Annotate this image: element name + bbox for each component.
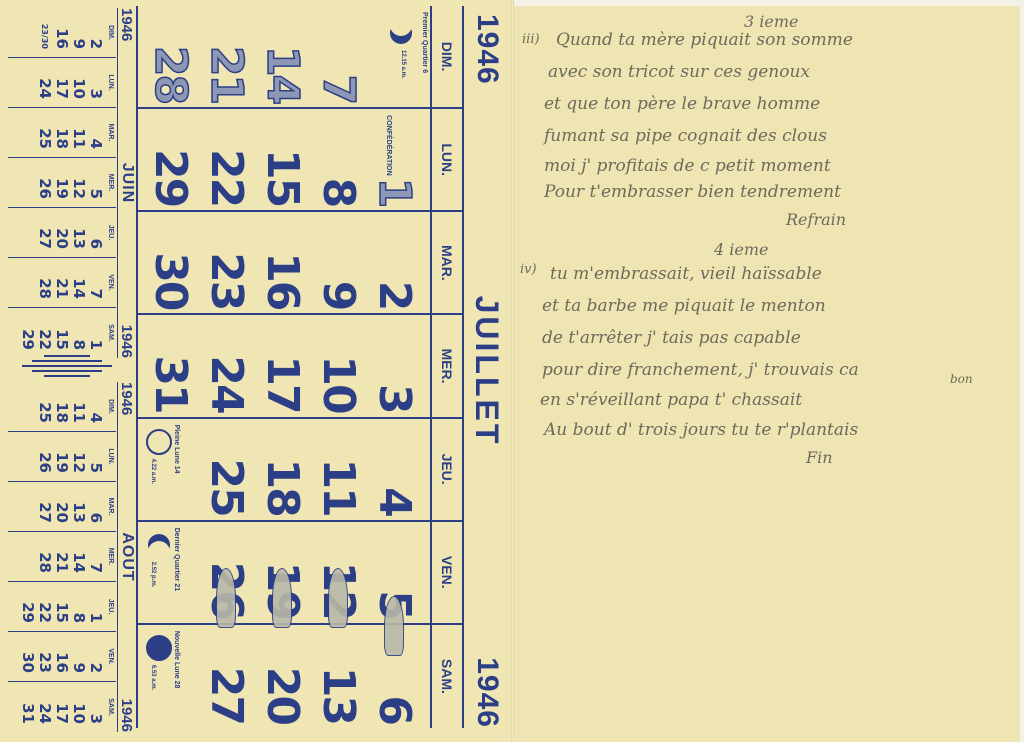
day-column-monday: CONFÉDÉRATION 1 8 15 22 29 <box>138 109 430 212</box>
mini-weekday-header: LUN. <box>104 432 116 481</box>
mini-day-column: LUN. 3 10 17 24 <box>8 58 116 108</box>
date-cell: 13 <box>310 667 366 724</box>
mini-calendar-grid: DIM. 4 11 18 25 LUN. 5 12 19 26 MAR. 6 1… <box>8 382 116 732</box>
date-cell: 10 <box>310 355 366 412</box>
verse-heading: 4 ieme <box>714 240 769 259</box>
date-cell: 18 <box>254 458 310 515</box>
month-grid: DIM. LUN. MAR. MER. JEU. VEN. SAM. Premi… <box>136 6 464 728</box>
mini-date: 22 <box>36 308 53 358</box>
date-cell: 30 <box>142 252 198 309</box>
moon-phase-label: Premier Quartier 6 <box>421 12 428 73</box>
mini-date: 1 <box>87 308 104 358</box>
mini-day-column: VEN. 7 14 21 28 <box>8 258 116 308</box>
month-title: JUILLET <box>469 296 506 447</box>
calendar-page: 1946 JUILLET 1946 DIM. LUN. MAR. MER. JE… <box>0 0 512 742</box>
verse-marker: iii) <box>522 32 540 47</box>
mini-day-column: JEU. 6 13 20 27 <box>8 208 116 258</box>
mini-day-column: SAM. 1 8 15 22 29 <box>8 308 116 358</box>
mini-date: 21 <box>53 258 70 307</box>
mini-date: 26 <box>36 158 53 207</box>
day-column-thursday: Pleine Lune 14 4.22 a.m. 4 11 18 25 <box>138 419 430 522</box>
mini-weekday-header: JEU. <box>104 582 116 631</box>
verse-marker: iv) <box>520 262 537 277</box>
date-cell: 20 <box>254 667 310 724</box>
date-cell: 4 <box>366 487 422 516</box>
date-cell: 21 <box>198 46 254 103</box>
date-stack: 2 9 16 23 30 <box>138 229 422 309</box>
year-label-right: 1946 <box>470 649 504 736</box>
mini-weekday-header: MER. <box>104 532 116 581</box>
mini-date: 3 <box>87 58 104 107</box>
date-cell: 9 <box>310 281 366 310</box>
mini-date: 5 <box>87 158 104 207</box>
mini-date: 1 <box>87 582 104 631</box>
mini-date-split: 23/30 <box>36 8 53 57</box>
lyric-line: pour dire franchement, j' trouvais ca <box>542 360 859 380</box>
lyric-line: Pour t'embrasser bien tendrement <box>544 182 841 202</box>
mini-day-column: MER. 5 12 19 26 <box>8 158 116 208</box>
mini-date: 28 <box>36 532 53 581</box>
mini-date: 18 <box>53 108 70 157</box>
mini-weekday-header: VEN. <box>104 258 116 307</box>
mini-day-column: MAR. 4 11 18 25 <box>8 108 116 158</box>
day-column-friday: Dernier Quartier 21 2.52 p.m. 5 12 19 26 <box>138 522 430 625</box>
mini-year-left: 1946 <box>119 8 136 41</box>
mini-month-name: AOUT <box>118 532 136 581</box>
mini-date: 21 <box>53 532 70 581</box>
lyric-line: en s'réveillant papa t' chassait <box>540 390 802 410</box>
mini-weekday-header: DIM. <box>104 8 116 57</box>
date-stack: 5 12 19 26 <box>138 539 422 619</box>
mini-date: 23 <box>36 632 53 681</box>
mini-date: 11 <box>70 382 87 431</box>
mini-month-name: JUIN <box>118 163 136 203</box>
mini-date: 10 <box>70 58 87 107</box>
mini-day-column: JEU. 1 8 15 22 29 <box>8 582 116 632</box>
date-stack: 6 13 20 27 <box>138 644 422 724</box>
mini-date: 27 <box>36 208 53 257</box>
mini-date: 13 <box>70 482 87 531</box>
weekday-header: SAM. <box>432 625 462 728</box>
mini-weekday-header: SAM. <box>104 682 116 732</box>
date-stack: 4 11 18 25 <box>138 436 422 516</box>
mini-day-column: DIM. 4 11 18 25 <box>8 382 116 432</box>
day-column-sunday: Premier Quartier 6 12.15 a.m. 7 14 21 28 <box>138 6 430 109</box>
date-cell: 22 <box>198 149 254 206</box>
date-stack: 3 10 17 24 31 <box>138 333 422 413</box>
mini-weekday-header: MAR. <box>104 482 116 531</box>
mini-date: 24 <box>36 58 53 107</box>
mini-day-column: SAM. 3 10 17 24 31 <box>8 682 116 732</box>
day-column-wednesday: 3 10 17 24 31 <box>138 315 430 418</box>
mini-date: 8 <box>70 308 87 358</box>
mini-weekday-header: VEN. <box>104 632 116 681</box>
mini-date: 3 <box>87 682 104 732</box>
lyric-line: et que ton père le brave homme <box>544 94 820 114</box>
weekday-header-row: DIM. LUN. MAR. MER. JEU. VEN. SAM. <box>430 6 462 728</box>
lyric-line: fumant sa pipe cognait des clous <box>544 126 827 146</box>
date-cell: 3 <box>366 384 422 413</box>
mini-calendar-header: 1946 AOUT 1946 <box>117 382 136 732</box>
date-cell: 31 <box>142 355 198 412</box>
mini-date: 6 <box>87 482 104 531</box>
mini-weekday-header: DIM. <box>104 382 116 431</box>
date-cell: 14 <box>254 46 310 103</box>
mini-calendar-june: 1946 JUIN 1946 DIM. 2 9 16 23/30 LUN. 3 … <box>6 8 136 358</box>
date-cell-fish-day: 5 <box>366 590 422 619</box>
mini-weekday-header: SAM. <box>104 308 116 358</box>
end-label: Fin <box>806 448 833 467</box>
mini-year-right: 1946 <box>119 325 136 358</box>
weekday-header: MAR. <box>432 212 462 315</box>
mini-date: 19 <box>53 432 70 481</box>
date-stack: 7 14 21 28 <box>138 23 422 103</box>
date-cell: 25 <box>198 458 254 515</box>
date-cell: 2 <box>366 281 422 310</box>
mini-day-column: DIM. 2 9 16 23/30 <box>8 8 116 58</box>
day-column-tuesday: 2 9 16 23 30 <box>138 212 430 315</box>
date-cell-holiday: 1 <box>366 178 422 207</box>
mini-date: 10 <box>70 682 87 732</box>
mini-year-left: 1946 <box>119 382 136 415</box>
mini-date: 31 <box>19 682 36 732</box>
lyric-line: Au bout d' trois jours tu te r'plantais <box>544 420 858 440</box>
mini-weekday-header: MER. <box>104 158 116 207</box>
mini-day-column: LUN. 5 12 19 26 <box>8 432 116 482</box>
mini-date: 20 <box>53 208 70 257</box>
date-cell: 11 <box>310 458 366 515</box>
mini-date: 25 <box>36 382 53 431</box>
date-cell: 28 <box>142 46 198 103</box>
date-cell: 6 <box>366 695 422 724</box>
mini-date: 11 <box>70 108 87 157</box>
weekday-header: LUN. <box>432 109 462 212</box>
mini-date: 17 <box>53 58 70 107</box>
calendar-title-band: 1946 JUILLET 1946 <box>466 6 508 736</box>
mini-date: 30 <box>19 632 36 681</box>
mini-date: 12 <box>70 158 87 207</box>
mini-date: 29 <box>19 308 36 358</box>
mini-weekday-header: LUN. <box>104 58 116 107</box>
mini-calendar-august: 1946 AOUT 1946 DIM. 4 11 18 25 LUN. 5 12… <box>6 382 136 732</box>
mini-weekday-header: MAR. <box>104 108 116 157</box>
year-label-left: 1946 <box>470 6 504 93</box>
mini-date: 9 <box>70 632 87 681</box>
date-stack: 1 8 15 22 29 <box>138 126 422 206</box>
handwritten-lyrics-page: 3 ieme iii) Quand ta mère piquait son so… <box>514 6 1020 742</box>
refrain-label: Refrain <box>786 210 846 229</box>
fish-icon <box>216 568 236 628</box>
mini-date: 5 <box>87 432 104 481</box>
mini-weekday-header: JEU. <box>104 208 116 257</box>
decorative-lines <box>22 353 112 379</box>
lyric-line: moi j' profitais de c petit moment <box>544 156 831 176</box>
mini-day-column: MAR. 6 13 20 27 <box>8 482 116 532</box>
weekday-header: DIM. <box>432 6 462 109</box>
mini-date: 18 <box>53 382 70 431</box>
mini-date: 29 <box>19 582 36 631</box>
calendar-july-1946: 1946 JUILLET 1946 DIM. LUN. MAR. MER. JE… <box>0 0 512 742</box>
mini-calendar-header: 1946 JUIN 1946 <box>117 8 136 358</box>
mini-date: 25 <box>36 108 53 157</box>
mini-date: 19 <box>53 158 70 207</box>
mini-date: 6 <box>87 208 104 257</box>
mini-date: 17 <box>53 682 70 732</box>
dates-area: Premier Quartier 6 12.15 a.m. 7 14 21 28… <box>138 6 430 728</box>
date-cell-fish-day: 26 <box>198 562 254 619</box>
mini-date: 12 <box>70 432 87 481</box>
date-cell: 17 <box>254 355 310 412</box>
mini-year-right: 1946 <box>119 699 136 732</box>
mini-date: 2 <box>87 8 104 57</box>
lyric-line: de t'arrêter j' tais pas capable <box>542 328 801 348</box>
day-column-saturday: Nouvelle Lune 28 6.53 a.m. 6 13 20 27 <box>138 625 430 728</box>
mini-date: 4 <box>87 108 104 157</box>
mini-date: 24 <box>36 682 53 732</box>
mini-date: 8 <box>70 582 87 631</box>
mini-date: 15 <box>53 582 70 631</box>
weekday-header: JEU. <box>432 419 462 522</box>
lyric-line: Quand ta mère piquait son somme <box>556 30 853 50</box>
date-cell: 29 <box>142 149 198 206</box>
verse-heading: 3 ieme <box>744 12 799 31</box>
lyric-line: tu m'embrassait, vieil haïssable <box>550 264 822 284</box>
date-cell-fish-day: 12 <box>310 562 366 619</box>
lyric-line: et ta barbe me piquait le menton <box>542 296 826 316</box>
mini-date: 2 <box>87 632 104 681</box>
date-cell: 16 <box>254 252 310 309</box>
lyric-insert: bon <box>950 372 973 386</box>
date-cell: 8 <box>310 178 366 207</box>
mini-day-column: VEN. 2 9 16 23 30 <box>8 632 116 682</box>
mini-date: 20 <box>53 482 70 531</box>
mini-date: 9 <box>70 8 87 57</box>
date-cell: 23 <box>198 252 254 309</box>
mini-date: 28 <box>36 258 53 307</box>
lyric-line: avec son tricot sur ces genoux <box>548 62 810 82</box>
date-cell: 15 <box>254 149 310 206</box>
mini-date: 4 <box>87 382 104 431</box>
date-cell: 27 <box>198 667 254 724</box>
weekday-header: VEN. <box>432 522 462 625</box>
date-cell-fish-day: 19 <box>254 562 310 619</box>
fish-icon <box>272 568 292 628</box>
mini-date: 16 <box>53 8 70 57</box>
mini-date: 13 <box>70 208 87 257</box>
mini-date: 7 <box>87 258 104 307</box>
date-cell: 24 <box>198 355 254 412</box>
mini-date: 14 <box>70 532 87 581</box>
date-cell: 7 <box>310 75 366 104</box>
mini-date: 15 <box>53 308 70 358</box>
mini-date: 7 <box>87 532 104 581</box>
mini-date: 26 <box>36 432 53 481</box>
fish-icon <box>328 568 348 628</box>
mini-date: 14 <box>70 258 87 307</box>
weekday-header: MER. <box>432 315 462 418</box>
mini-date: 27 <box>36 482 53 531</box>
mini-date: 22 <box>36 582 53 631</box>
mini-date: 16 <box>53 632 70 681</box>
mini-calendar-grid: DIM. 2 9 16 23/30 LUN. 3 10 17 24 MAR. 4… <box>8 8 116 358</box>
mini-day-column: MER. 7 14 21 28 <box>8 532 116 582</box>
